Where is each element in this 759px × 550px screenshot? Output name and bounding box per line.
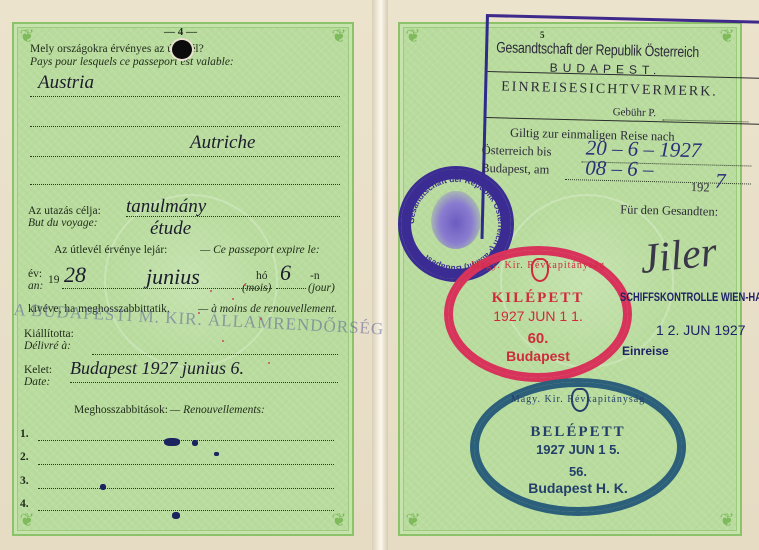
entry-stamp-number: 56. xyxy=(474,464,682,479)
issued-by-label-hu: Kiállította: xyxy=(24,328,74,340)
renewal-line-number: 3. xyxy=(20,475,29,487)
visa-stamp: Gesandtschaft der Republik Österreich BU… xyxy=(481,14,759,246)
entry-stamp: Magy. Kir. Révkapitányság BELÉPETT 1927 … xyxy=(470,378,686,516)
date-label-fr: Date: xyxy=(24,376,50,388)
ink-blot xyxy=(192,440,198,446)
left-page-panel: ❦ ❦ ❦ ❦ — 4 — Mely országokra érvényes a… xyxy=(12,22,354,536)
exit-stamp-date: 1927 JUN 1 1. xyxy=(448,308,628,324)
day-value: 6 xyxy=(280,260,291,286)
ink-blot xyxy=(172,512,180,519)
visa-place-date-value: 08 – 6 – xyxy=(585,155,654,182)
expiry-heading-hu: Az útlevél érvénye lejár: xyxy=(54,244,167,256)
purpose-label-fr: But du voyage: xyxy=(28,217,98,229)
ship-control-stamp-note: Einreise xyxy=(622,344,669,358)
exit-stamp: Magy. Kir. Révkapitányság KILÉPETT 1927 … xyxy=(444,246,632,382)
punched-hole xyxy=(172,40,192,59)
day-suffix: -n xyxy=(310,270,320,282)
year-label-fr: an: xyxy=(28,280,43,292)
purpose-value-2: étude xyxy=(150,218,191,240)
visa-title: EINREISESICHTVERMERK. xyxy=(501,79,718,100)
ship-control-stamp-line1: SCHIFFSKONTROLLE WIEN-HAFEN xyxy=(620,290,759,304)
ink-blot xyxy=(100,484,106,490)
month-label-hu: hó xyxy=(256,270,268,282)
countries-value-2: Autriche xyxy=(190,132,255,154)
day-label-fr: (jour) xyxy=(308,282,335,294)
renewals-heading-fr: — Renouvellements: xyxy=(170,404,265,416)
month-value: junius xyxy=(146,264,200,290)
visa-fee-label: Gebühr P. xyxy=(612,106,656,119)
visa-legation-line: Gesandtschaft der Republik Österreich xyxy=(496,39,699,61)
ornament-corner-icon: ❦ xyxy=(402,510,424,532)
consular-signature: Jiler xyxy=(638,228,720,284)
expiry-heading-fr: — Ce passeport expire le: xyxy=(200,244,320,256)
crown-emblem-icon xyxy=(571,388,589,412)
visa-year-prefix: 192 xyxy=(691,180,710,195)
issued-by-label-fr: Délivré à: xyxy=(24,340,71,352)
crown-emblem-icon xyxy=(531,258,549,282)
renewals-heading-hu: Meghosszabbitások: xyxy=(74,404,168,416)
entry-stamp-date: 1927 JUN 1 5. xyxy=(474,442,682,457)
countries-value-1: Austria xyxy=(38,72,94,94)
year-value: 28 xyxy=(64,262,86,288)
binding-spine xyxy=(372,0,388,550)
ornament-corner-icon: ❦ xyxy=(402,26,424,48)
renewal-line-number: 4. xyxy=(20,498,29,510)
ornament-corner-icon: ❦ xyxy=(716,510,738,532)
exit-stamp-number: 60. xyxy=(448,330,628,347)
visa-signature-label: Für den Gesandten: xyxy=(620,202,718,219)
ship-control-stamp-date: 1 2. JUN 1927 xyxy=(656,322,746,338)
purpose-value-1: tanulmány xyxy=(126,196,206,218)
ink-blot xyxy=(164,438,180,446)
ornament-corner-icon: ❦ xyxy=(328,510,350,532)
countries-label-fr: Pays pour lesquels ce passeport est vala… xyxy=(30,56,234,68)
date-label-hu: Kelet: xyxy=(24,364,52,376)
exit-stamp-title: KILÉPETT xyxy=(448,290,628,307)
year-prefix: 19 xyxy=(48,274,60,286)
entry-stamp-title: BELÉPETT xyxy=(474,424,682,441)
entry-stamp-city: Budapest H. K. xyxy=(474,480,682,496)
visa-until-label: Österreich bis xyxy=(481,143,551,160)
renewal-line-number: 2. xyxy=(20,451,29,463)
ornament-corner-icon: ❦ xyxy=(16,510,38,532)
visa-year-suffix: 7 xyxy=(715,169,726,194)
issue-date-value: Budapest 1927 junius 6. xyxy=(70,358,244,379)
renewal-line-number: 1. xyxy=(20,428,29,440)
month-label-fr: (mois) xyxy=(242,282,271,294)
ink-blot xyxy=(214,452,219,456)
purpose-label-hu: Az utazás célja: xyxy=(28,205,101,217)
exit-stamp-city: Budapest xyxy=(448,348,628,364)
page-number: — 4 — xyxy=(164,26,197,38)
year-label-hu: év: xyxy=(28,268,42,280)
visa-city-line: BUDAPEST. xyxy=(550,61,662,78)
ornament-corner-icon: ❦ xyxy=(328,26,350,48)
